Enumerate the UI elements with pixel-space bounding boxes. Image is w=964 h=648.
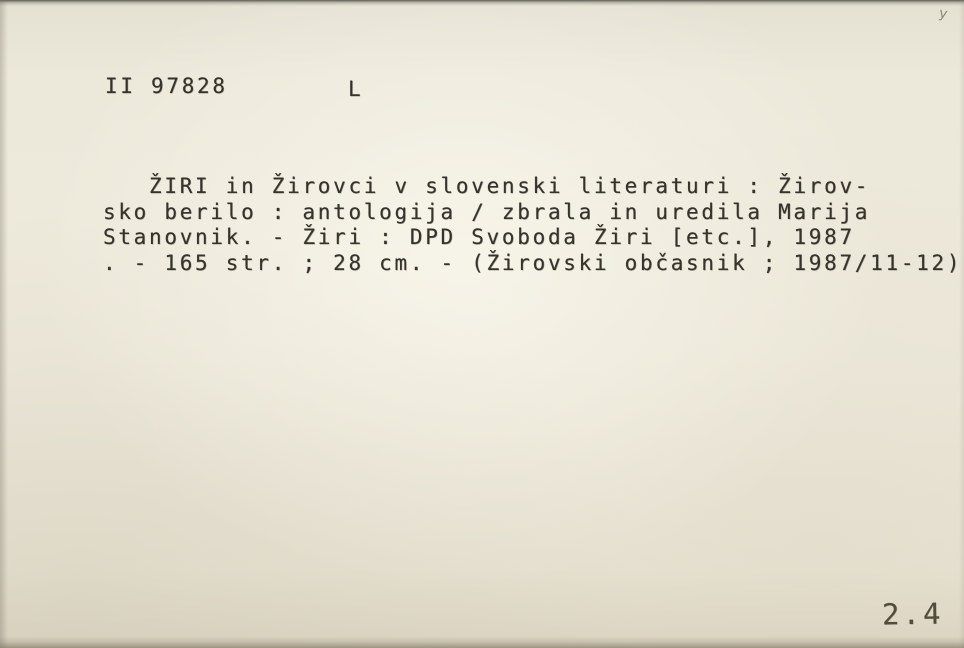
bibliographic-line-4: . - 165 str. ; 28 cm. - (Žirovski občasn… xyxy=(103,251,963,277)
card-right-edge-shadow xyxy=(959,0,964,648)
handwritten-classification-note: 2.4 xyxy=(882,596,944,631)
bibliographic-line-1: ŽIRI in Žirovci v slovenski literaturi :… xyxy=(103,174,963,200)
bibliographic-description: ŽIRI in Žirovci v slovenski literaturi :… xyxy=(103,174,963,276)
card-left-edge-shadow xyxy=(0,0,8,648)
pencil-corner-mark: y xyxy=(937,5,948,22)
shelf-letter: L xyxy=(348,77,363,103)
card-bottom-edge-shadow xyxy=(0,636,964,648)
library-catalog-card: y II 97828 L ŽIRI in Žirovci v slovenski… xyxy=(0,0,964,648)
bibliographic-line-2: sko berilo : antologija / zbrala in ured… xyxy=(103,200,963,226)
bibliographic-line-3: Stanovnik. - Žiri : DPD Svoboda Žiri [et… xyxy=(103,225,963,251)
card-top-edge-shadow xyxy=(0,0,964,6)
call-number: II 97828 xyxy=(105,74,228,100)
call-number-row: II 97828 L xyxy=(105,74,166,176)
